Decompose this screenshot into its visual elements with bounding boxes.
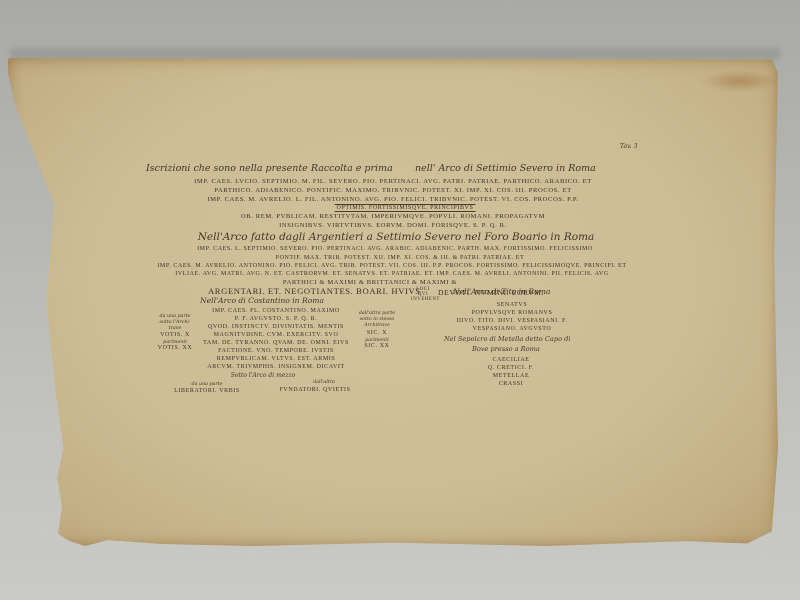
inscription-line: Q. CRETICI. F. <box>488 365 534 371</box>
arco-costantino-heading: Nell'Arco di Costantino in Roma <box>200 296 324 305</box>
inscription-line: METELLAE <box>493 373 529 379</box>
inscription-line: PONTIF. MAX. TRIB. POTEST. XII. IMP. XI.… <box>276 255 525 261</box>
inscription-line: IMP. CAES. M. AVRELIO. ANTONINO. PIO. FE… <box>157 263 626 269</box>
arco-tito-heading: Nell'Arco di Tito in Roma <box>453 287 550 296</box>
sotto-arco-heading: Sotto l'Arco di mezzo <box>231 372 296 379</box>
inscription-line: FVNDATORI. QVIETIS <box>279 387 350 393</box>
inscription-line: LIBERATORI. VRBIS <box>174 388 240 394</box>
header-left: Iscrizioni che sono nella presente Racco… <box>146 163 393 174</box>
inscription-line: ARGENTARI. ET. NEGOTIANTES. BOARI. HVIVS <box>208 286 421 296</box>
page-number: Tav. 3 <box>620 143 637 150</box>
inscription-line: IMP. CAES. FL. COSTANTINO. MAXIMO <box>212 308 340 314</box>
side-note: da una parte <box>191 382 222 387</box>
sic-line: SIC. XX <box>364 343 389 349</box>
inscription-line: CAECILIAE <box>492 357 529 363</box>
inscription-line: IMP. CAES. L. SEPTIMIO. SEVERO. PIO. PER… <box>197 246 593 252</box>
sepolcro-heading-1: Nel Sepolcro di Metella detto Capo di <box>444 335 570 343</box>
side-note: sotto lo stesso <box>360 317 395 322</box>
inscription-line: MAGNITVDINE. CVM. EXERCITV. SVO <box>214 332 339 338</box>
foxing-stain <box>700 70 780 92</box>
side-note: dall'altra parte <box>359 311 395 316</box>
inscription-line: ARCVM. TRIVMPHIS. INSIGNEM. DICAVIT <box>207 364 344 370</box>
inscription-line: PARTHICO. ADIABENICO. PONTIFIC. MAXIMO. … <box>214 187 571 194</box>
inscription-line: REMPVBLICAM. VLTVS. EST. ARMIS <box>217 356 336 362</box>
paper-tear <box>40 528 50 536</box>
sic-line: SIC. X <box>367 330 387 336</box>
arco-argentari-heading: Nell'Arco fatto dagli Argentieri a Setti… <box>198 231 595 243</box>
inscription-line-erased: PARTHICI & MAXIMI & BRITTANICI & MAXIMI … <box>283 279 457 286</box>
inscription-line: IMP. CAES. M. AVRELIO. L. FIL. ANTONINO.… <box>207 196 578 203</box>
inscription-line: CRASSI <box>499 381 524 387</box>
inscription-line: IMP. CAES. LVCIO. SEPTIMIO. M. FIL. SEVE… <box>194 178 592 185</box>
paper-shadow <box>10 48 780 60</box>
inscription-line: POPVLVSQVE ROMANVS <box>472 310 553 316</box>
header-right: nell' Arco di Settimio Severo in Roma <box>415 163 596 174</box>
inscription-line: FACTIONE. VNO. TEMPORE. IVSTIS <box>218 348 334 354</box>
inscription-line-erased: OPTIMIS. FORTISSIMISQVE. PRINCIPIBVS <box>335 204 476 212</box>
side-note: trave <box>169 326 182 331</box>
inscription-line: IVLIAE. AVG. MATRI. AVG. N. ET. CASTRORV… <box>175 271 609 277</box>
votis-line: VOTIS. X <box>160 332 190 338</box>
side-note: dall'altra <box>313 380 335 385</box>
inscription-line: DIVO. TITO. DIVI. VESPASIANI. F. <box>456 318 567 324</box>
inscription-line: SENATVS <box>497 302 528 308</box>
inscription-small-note: LOCI QVI INVEHENT <box>411 287 435 302</box>
inscription-line: QVOD. INSTINCTV. DIVINITATIS. MENTIS <box>208 324 344 330</box>
inscription-line: P. F. AVGVSTO. S. P. Q. R. <box>235 316 317 322</box>
sepolcro-heading-2: Bove presso a Roma <box>472 345 540 353</box>
inscription-line: INSIGNIBVS. VIRTVTIBVS. EORVM. DOMI. FOR… <box>279 222 507 229</box>
side-note: sotto l'Archi- <box>159 320 190 325</box>
inscription-line: VESPASIANO. AVGVSTO <box>473 326 552 332</box>
inscription-line: TAM. DE. TYRANNO. QVAM. DE. OMNI. EIVS <box>203 340 349 346</box>
side-note: da una parte <box>159 314 190 319</box>
engraved-plate-sheet <box>8 58 778 546</box>
inscription-line: OB. REM. PVBLICAM. RESTITVTAM. IMPERIVMQ… <box>241 213 545 220</box>
side-note: Architrave <box>364 323 390 328</box>
votis-line: VOTIS. XX <box>158 345 193 351</box>
